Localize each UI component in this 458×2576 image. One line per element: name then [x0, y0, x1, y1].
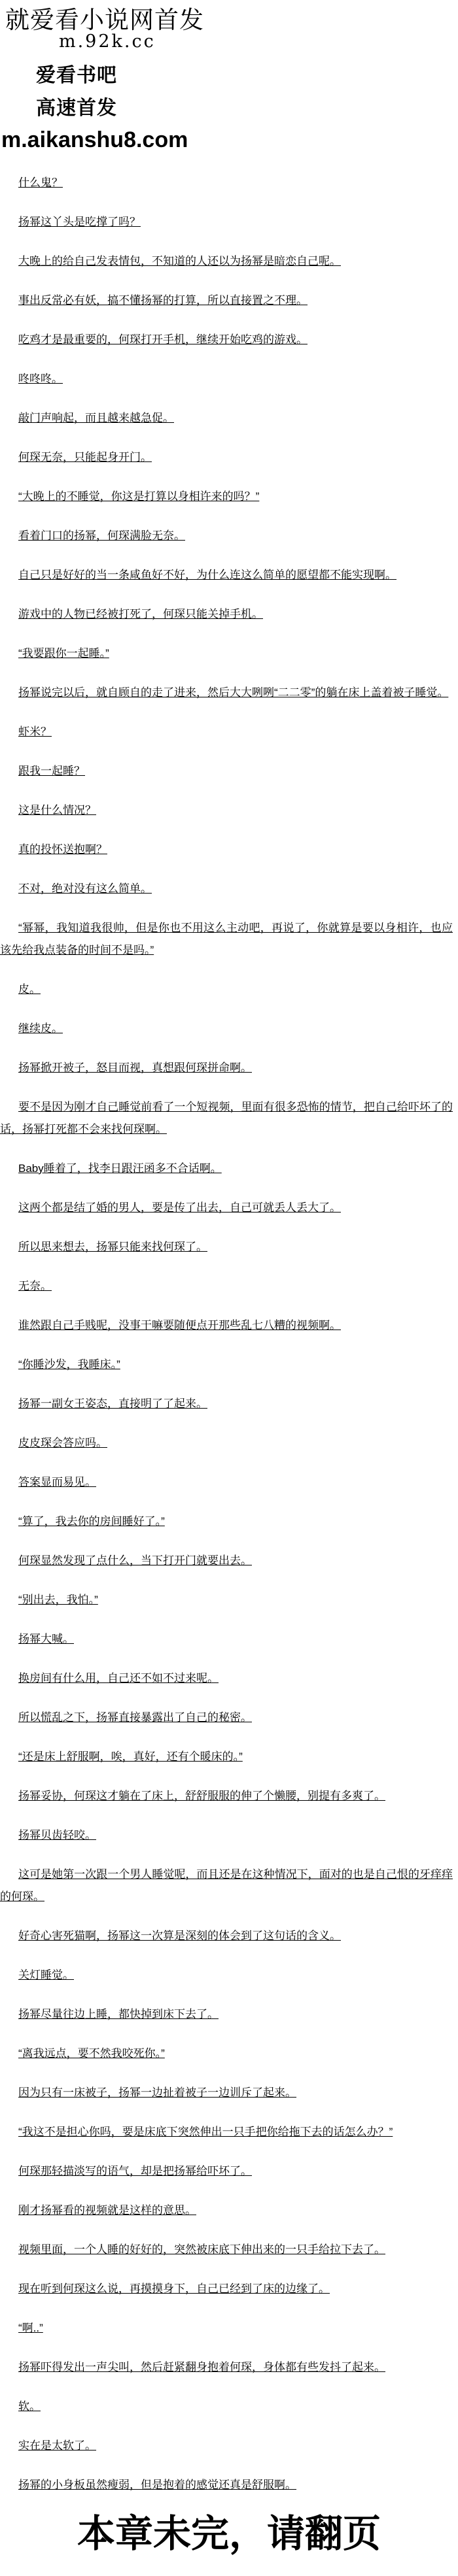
site-tagline: 高速首发: [36, 99, 458, 118]
paragraph: 皮皮琛会答应吗。: [0, 1432, 453, 1454]
watermark-title: 就爱看小说网首发: [5, 8, 458, 32]
paragraph: 无奈。: [0, 1275, 453, 1297]
paragraph: 咚咚咚。: [0, 368, 453, 390]
paragraph: 刚才扬幂看的视频就是这样的意思。: [0, 2200, 453, 2222]
watermark-url: m.92k.cc: [59, 32, 458, 52]
paragraph: 虾米？: [0, 721, 453, 743]
paragraph: 扬幂一副女王姿态，直接明了了起来。: [0, 1393, 453, 1415]
paragraph: 扬幂贝齿轻咬。: [0, 1824, 453, 1847]
paragraph: 扬幂尽量往边上睡，都快掉到床下去了。: [0, 2003, 453, 2026]
site-name: 爱看书吧: [36, 66, 458, 86]
paragraph: 何琛无奈，只能起身开门。: [0, 446, 453, 469]
paragraph: 吃鸡才是最重要的，何琛打开手机，继续开始吃鸡的游戏。: [0, 329, 453, 351]
paragraph: 扬幂说完以后，就自顾自的走了进来，然后大大咧咧“二二零”的躺在床上盖着被子睡觉。: [0, 682, 453, 704]
paragraph: 扬幂吓得发出一声尖叫，然后赶紧翻身抱着何琛，身体都有些发抖了起来。: [0, 2356, 453, 2379]
paragraph: 扬幂的小身板虽然瘦弱，但是抱着的感觉还真是舒服啊。: [0, 2474, 453, 2496]
paragraph: 所以慌乱之下，扬幂直接暴露出了自己的秘密。: [0, 1707, 453, 1729]
paragraph: “我这不是担心你吗，要是床底下突然伸出一只手把你给拖下去的话怎么办？”: [0, 2121, 453, 2143]
paragraph: 敲门声响起，而且越来越急促。: [0, 407, 453, 429]
paragraph: 皮。: [0, 979, 453, 1001]
paragraph: 真的投怀送抱啊？: [0, 839, 453, 861]
paragraph: 好奇心害死猫啊，扬幂这一次算是深刻的体会到了这句话的含义。: [0, 1925, 453, 1947]
paragraph: 换房间有什么用，自己还不如不过来呢。: [0, 1667, 453, 1690]
paragraph: 这两个都是结了婚的男人，要是传了出去，自己可就丢人丢大了。: [0, 1197, 453, 1219]
paragraph: 扬幂大喊。: [0, 1628, 453, 1650]
paragraph: “我要跟你一起睡。”: [0, 643, 453, 665]
paragraph: 要不是因为刚才自己睡觉前看了一个短视频，里面有很多恐怖的情节，把自己给吓坏了的话…: [0, 1096, 453, 1141]
paragraph: “幂幂，我知道我很帅，但是你也不用这么主动吧，再说了，你就算是要以身相许，也应该…: [0, 917, 453, 962]
paragraph: “别出去，我怕。”: [0, 1589, 453, 1611]
paragraph: “你睡沙发，我睡床。”: [0, 1354, 453, 1376]
paragraph: 何琛那轻描淡写的语气，却是把扬幂给吓坏了。: [0, 2160, 453, 2183]
paragraph: 关灯睡觉。: [0, 1964, 453, 1986]
paragraph: 现在听到何琛这么说，再摸摸身下，自己已经到了床的边缘了。: [0, 2278, 453, 2300]
paragraph: 这是什么情况？: [0, 799, 453, 822]
paragraph: 看着门口的扬幂，何琛满脸无奈。: [0, 525, 453, 547]
paragraph: 软。: [0, 2396, 453, 2418]
paragraph: 扬幂这丫头是吃撑了吗？: [0, 211, 453, 233]
paragraph: “离我远点，要不然我咬死你。”: [0, 2043, 453, 2065]
paragraph: 自己只是好好的当一条咸鱼好不好，为什么连这么简单的愿望都不能实现啊。: [0, 564, 453, 586]
paragraph: 什么鬼？: [0, 172, 453, 194]
paragraph: 游戏中的人物已经被打死了，何琛只能关掉手机。: [0, 603, 453, 626]
paragraph: 跟我一起睡？: [0, 760, 453, 782]
paragraph: “算了，我去你的房间睡好了。”: [0, 1511, 453, 1533]
site-domain: m.aikanshu8.com: [1, 129, 458, 151]
paragraph: 视频里面，一个人睡的好好的，突然被床底下伸出来的一只手给拉下去了。: [0, 2239, 453, 2261]
page-turn-notice: 本章未完，请翻页: [0, 2513, 458, 2555]
paragraph: 扬幂掀开被子，怒目而视，真想跟何琛拼命啊。: [0, 1057, 453, 1079]
paragraph: 谁然跟自己手贱呢，没事干嘛要随便点开那些乱七八糟的视频啊。: [0, 1314, 453, 1337]
paragraph: 继续皮。: [0, 1018, 453, 1040]
paragraph: 因为只有一床被子，扬幂一边扯着被子一边训斥了起来。: [0, 2082, 453, 2104]
paragraph: 事出反常必有妖，搞不懂扬幂的打算，所以直接置之不理。: [0, 290, 453, 312]
paragraph: “还是床上舒服啊，唉，真好，还有个暖床的。”: [0, 1746, 453, 1768]
chapter-content: 什么鬼？扬幂这丫头是吃撑了吗？大晚上的给自己发表情包，不知道的人还以为扬幂是暗恋…: [0, 172, 458, 2496]
paragraph: 大晚上的给自己发表情包，不知道的人还以为扬幂是暗恋自己呢。: [0, 250, 453, 273]
paragraph: “大晚上的不睡觉，你这是打算以身相许来的吗？”: [0, 486, 453, 508]
paragraph: 所以思来想去，扬幂只能来找何琛了。: [0, 1236, 453, 1258]
paragraph: 扬幂妥协，何琛这才躺在了床上，舒舒服服的伸了个懒腰，别提有多爽了。: [0, 1785, 453, 1807]
site-watermark: 就爱看小说网首发 m.92k.cc: [5, 8, 458, 52]
paragraph: 不对，绝对没有这么简单。: [0, 878, 453, 900]
paragraph: 实在是太软了。: [0, 2435, 453, 2457]
paragraph: 答案显而易见。: [0, 1471, 453, 1494]
paragraph: Baby睡着了，找李日跟汪函多不合话啊。: [0, 1158, 453, 1180]
paragraph: “啊..”: [0, 2317, 453, 2339]
paragraph: 何琛显然发现了点什么，当下打开门就要出去。: [0, 1550, 453, 1572]
paragraph: 这可是她第一次跟一个男人睡觉呢，而且还是在这种情况下，面对的也是自己恨的牙痒痒的…: [0, 1864, 453, 1908]
